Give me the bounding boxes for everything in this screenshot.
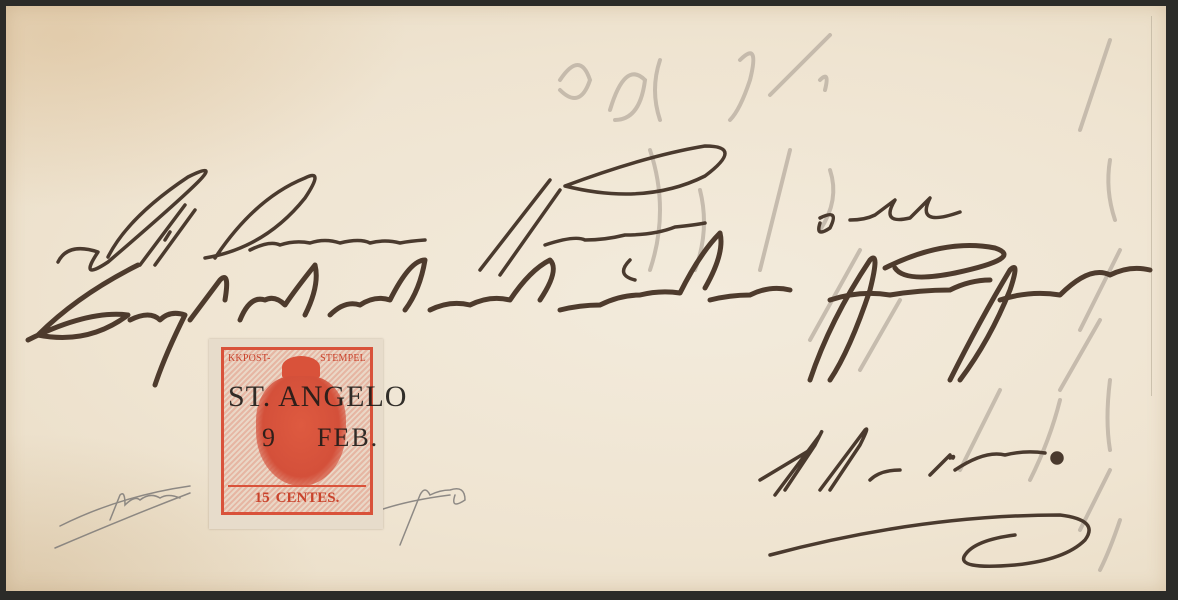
stamp-denomination: 15 CENTES. <box>228 485 366 509</box>
stamp-text-left: KKPOST- <box>228 353 271 364</box>
postmark-date: 9FEB. <box>262 425 419 451</box>
crown-icon <box>282 356 320 378</box>
stamp-value-text: CENTES. <box>276 490 340 507</box>
address-line-2 <box>28 233 1150 385</box>
postmark-month: FEB. <box>317 423 379 452</box>
address-line-3-milano <box>760 429 1089 566</box>
postmark-day: 9 <box>262 423 277 452</box>
stamp-value-number: 15 <box>255 490 270 507</box>
stamp-text-right: STEMPEL <box>320 353 366 364</box>
postmark-town: ST. ANGELO <box>228 382 407 412</box>
address-line-1 <box>58 146 960 280</box>
bleed-through-writing <box>560 35 1120 570</box>
handwriting-layer <box>0 0 1178 600</box>
